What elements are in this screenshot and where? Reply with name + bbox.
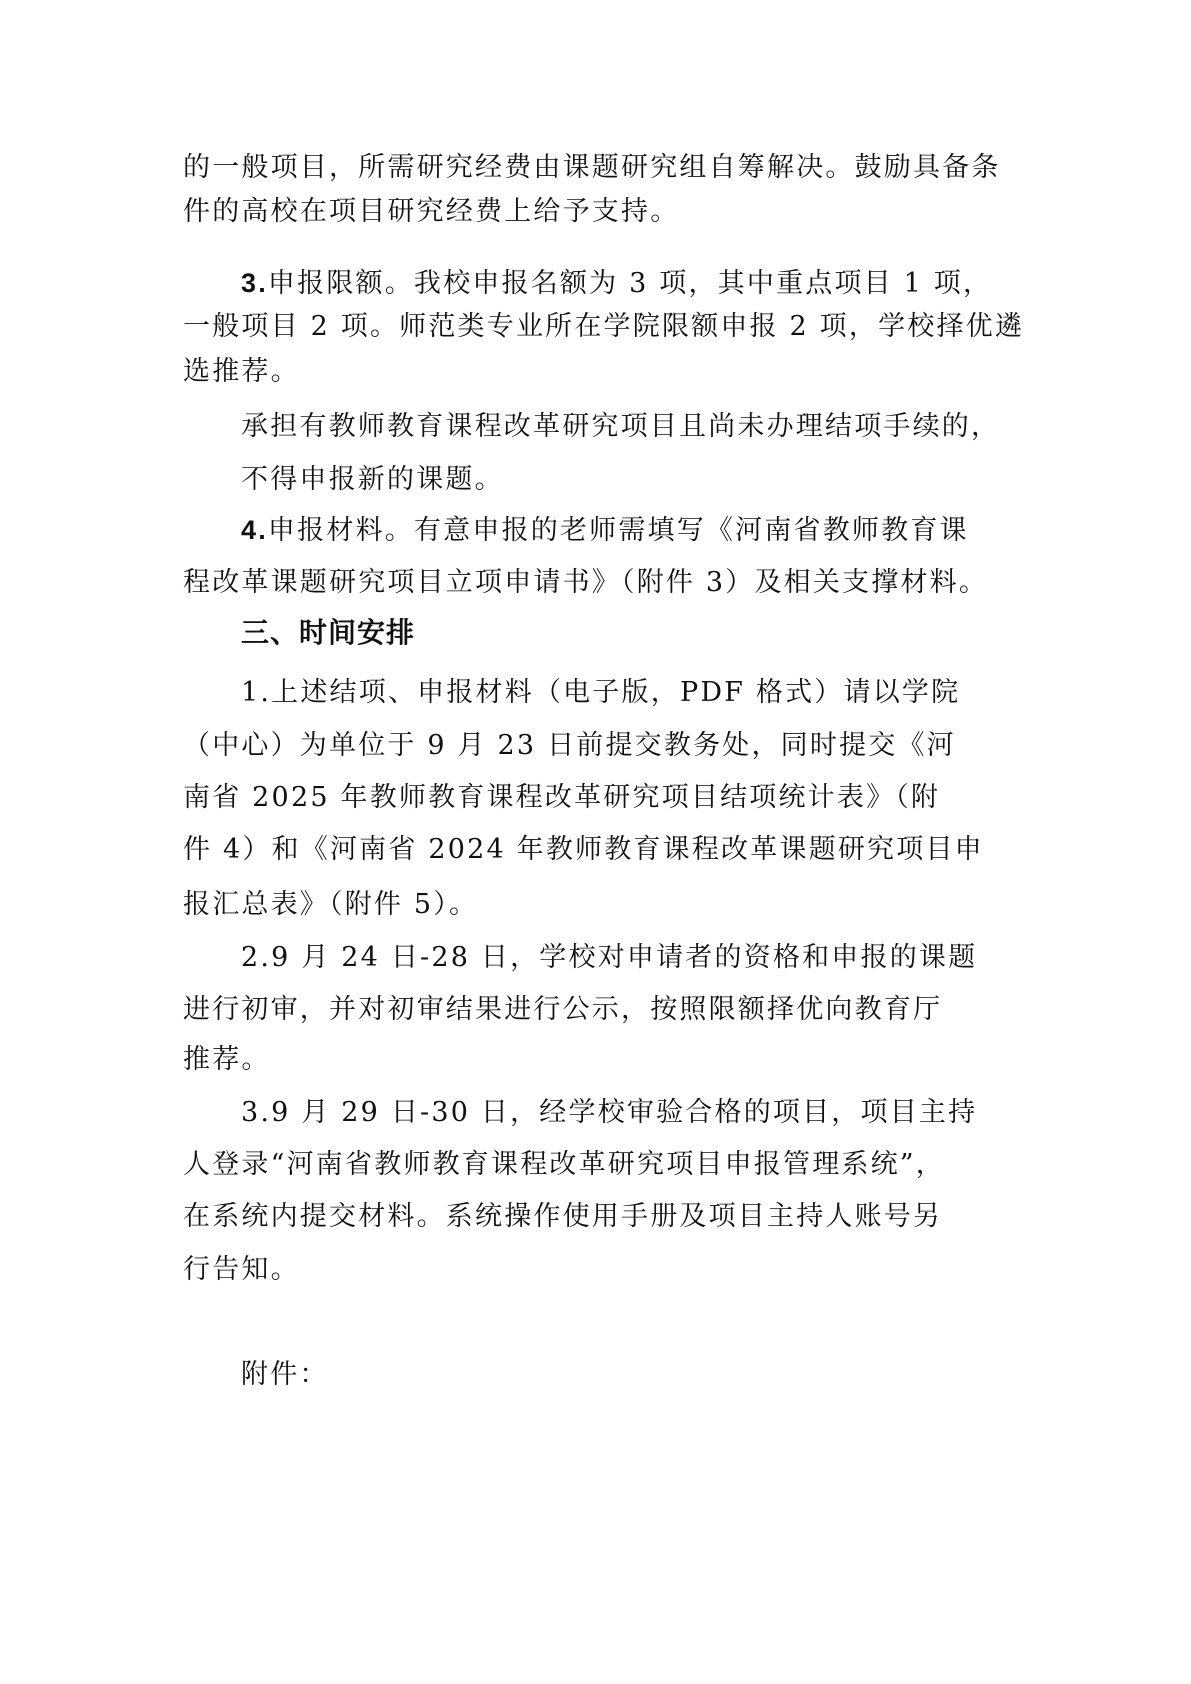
- schedule-step3-line-1: 3.9 月 29 日-30 日，经学校审验合格的项目，项目主持: [241, 1093, 1071, 1133]
- schedule-step1-line-5: 报汇总表》（附件 5）。: [183, 885, 1013, 925]
- paragraph-funding-line-1: 的一般项目，所需研究经费由课题研究组自筹解决。鼓励具备条: [183, 148, 1013, 188]
- paragraph-quota-line-2: 一般项目 2 项。师范类专业所在学院限额申报 2 项，学校择优遴: [183, 307, 1013, 347]
- document-page: 的一般项目，所需研究经费由课题研究组自筹解决。鼓励具备条 件的高校在项目研究经费…: [0, 0, 1191, 1684]
- schedule-step2-line-3: 推荐。: [183, 1040, 1013, 1080]
- materials-number: 4.: [241, 515, 268, 545]
- schedule-step1-line-4: 件 4）和《河南省 2024 年教师教育课程改革课题研究项目申: [183, 830, 1013, 870]
- section-heading-schedule: 三、时间安排: [241, 613, 1071, 653]
- paragraph-restriction-line-2: 不得申报新的课题。: [241, 460, 1071, 500]
- materials-lead: 申报材料。: [268, 515, 414, 546]
- schedule-step3-line-3: 在系统内提交材料。系统操作使用手册及项目主持人账号另: [183, 1197, 1013, 1237]
- quota-number: 3.: [241, 268, 268, 298]
- paragraph-materials-line-1: 4.申报材料。有意申报的老师需填写《河南省教师教育课: [241, 510, 1071, 550]
- schedule-step3-line-2: 人登录“河南省教师教育课程改革研究项目申报管理系统”，: [183, 1145, 1013, 1185]
- paragraph-materials-line-2: 程改革课题研究项目立项申请书》（附件 3）及相关支撑材料。: [183, 563, 1013, 603]
- paragraph-quota-line-3: 选推荐。: [183, 352, 1013, 392]
- schedule-step1-line-1: 1.上述结项、申报材料（电子版，PDF 格式）请以学院: [241, 673, 1071, 713]
- quota-lead: 申报限额。: [268, 268, 414, 299]
- schedule-step2-line-2: 进行初审，并对初审结果进行公示，按照限额择优向教育厅: [183, 990, 1013, 1030]
- paragraph-restriction-line-1: 承担有教师教育课程改革研究项目且尚未办理结项手续的，: [241, 407, 1071, 447]
- schedule-step1-line-3: 南省 2025 年教师教育课程改革研究项目结项统计表》（附: [183, 778, 1013, 818]
- schedule-step3-line-4: 行告知。: [183, 1250, 1013, 1290]
- materials-text: 有意申报的老师需填写《河南省教师教育课: [414, 515, 969, 546]
- paragraph-funding-line-2: 件的高校在项目研究经费上给予支持。: [183, 192, 1013, 232]
- quota-text: 我校申报名额为 3 项，其中重点项目 1 项，: [414, 268, 992, 299]
- paragraph-quota-line-1: 3.申报限额。我校申报名额为 3 项，其中重点项目 1 项，: [241, 263, 1071, 303]
- schedule-step2-line-1: 2.9 月 24 日-28 日，学校对申请者的资格和申报的课题: [241, 938, 1071, 978]
- schedule-step1-line-2: （中心）为单位于 9 月 23 日前提交教务处，同时提交《河: [183, 726, 1013, 766]
- attachments-label: 附件：: [241, 1355, 1071, 1395]
